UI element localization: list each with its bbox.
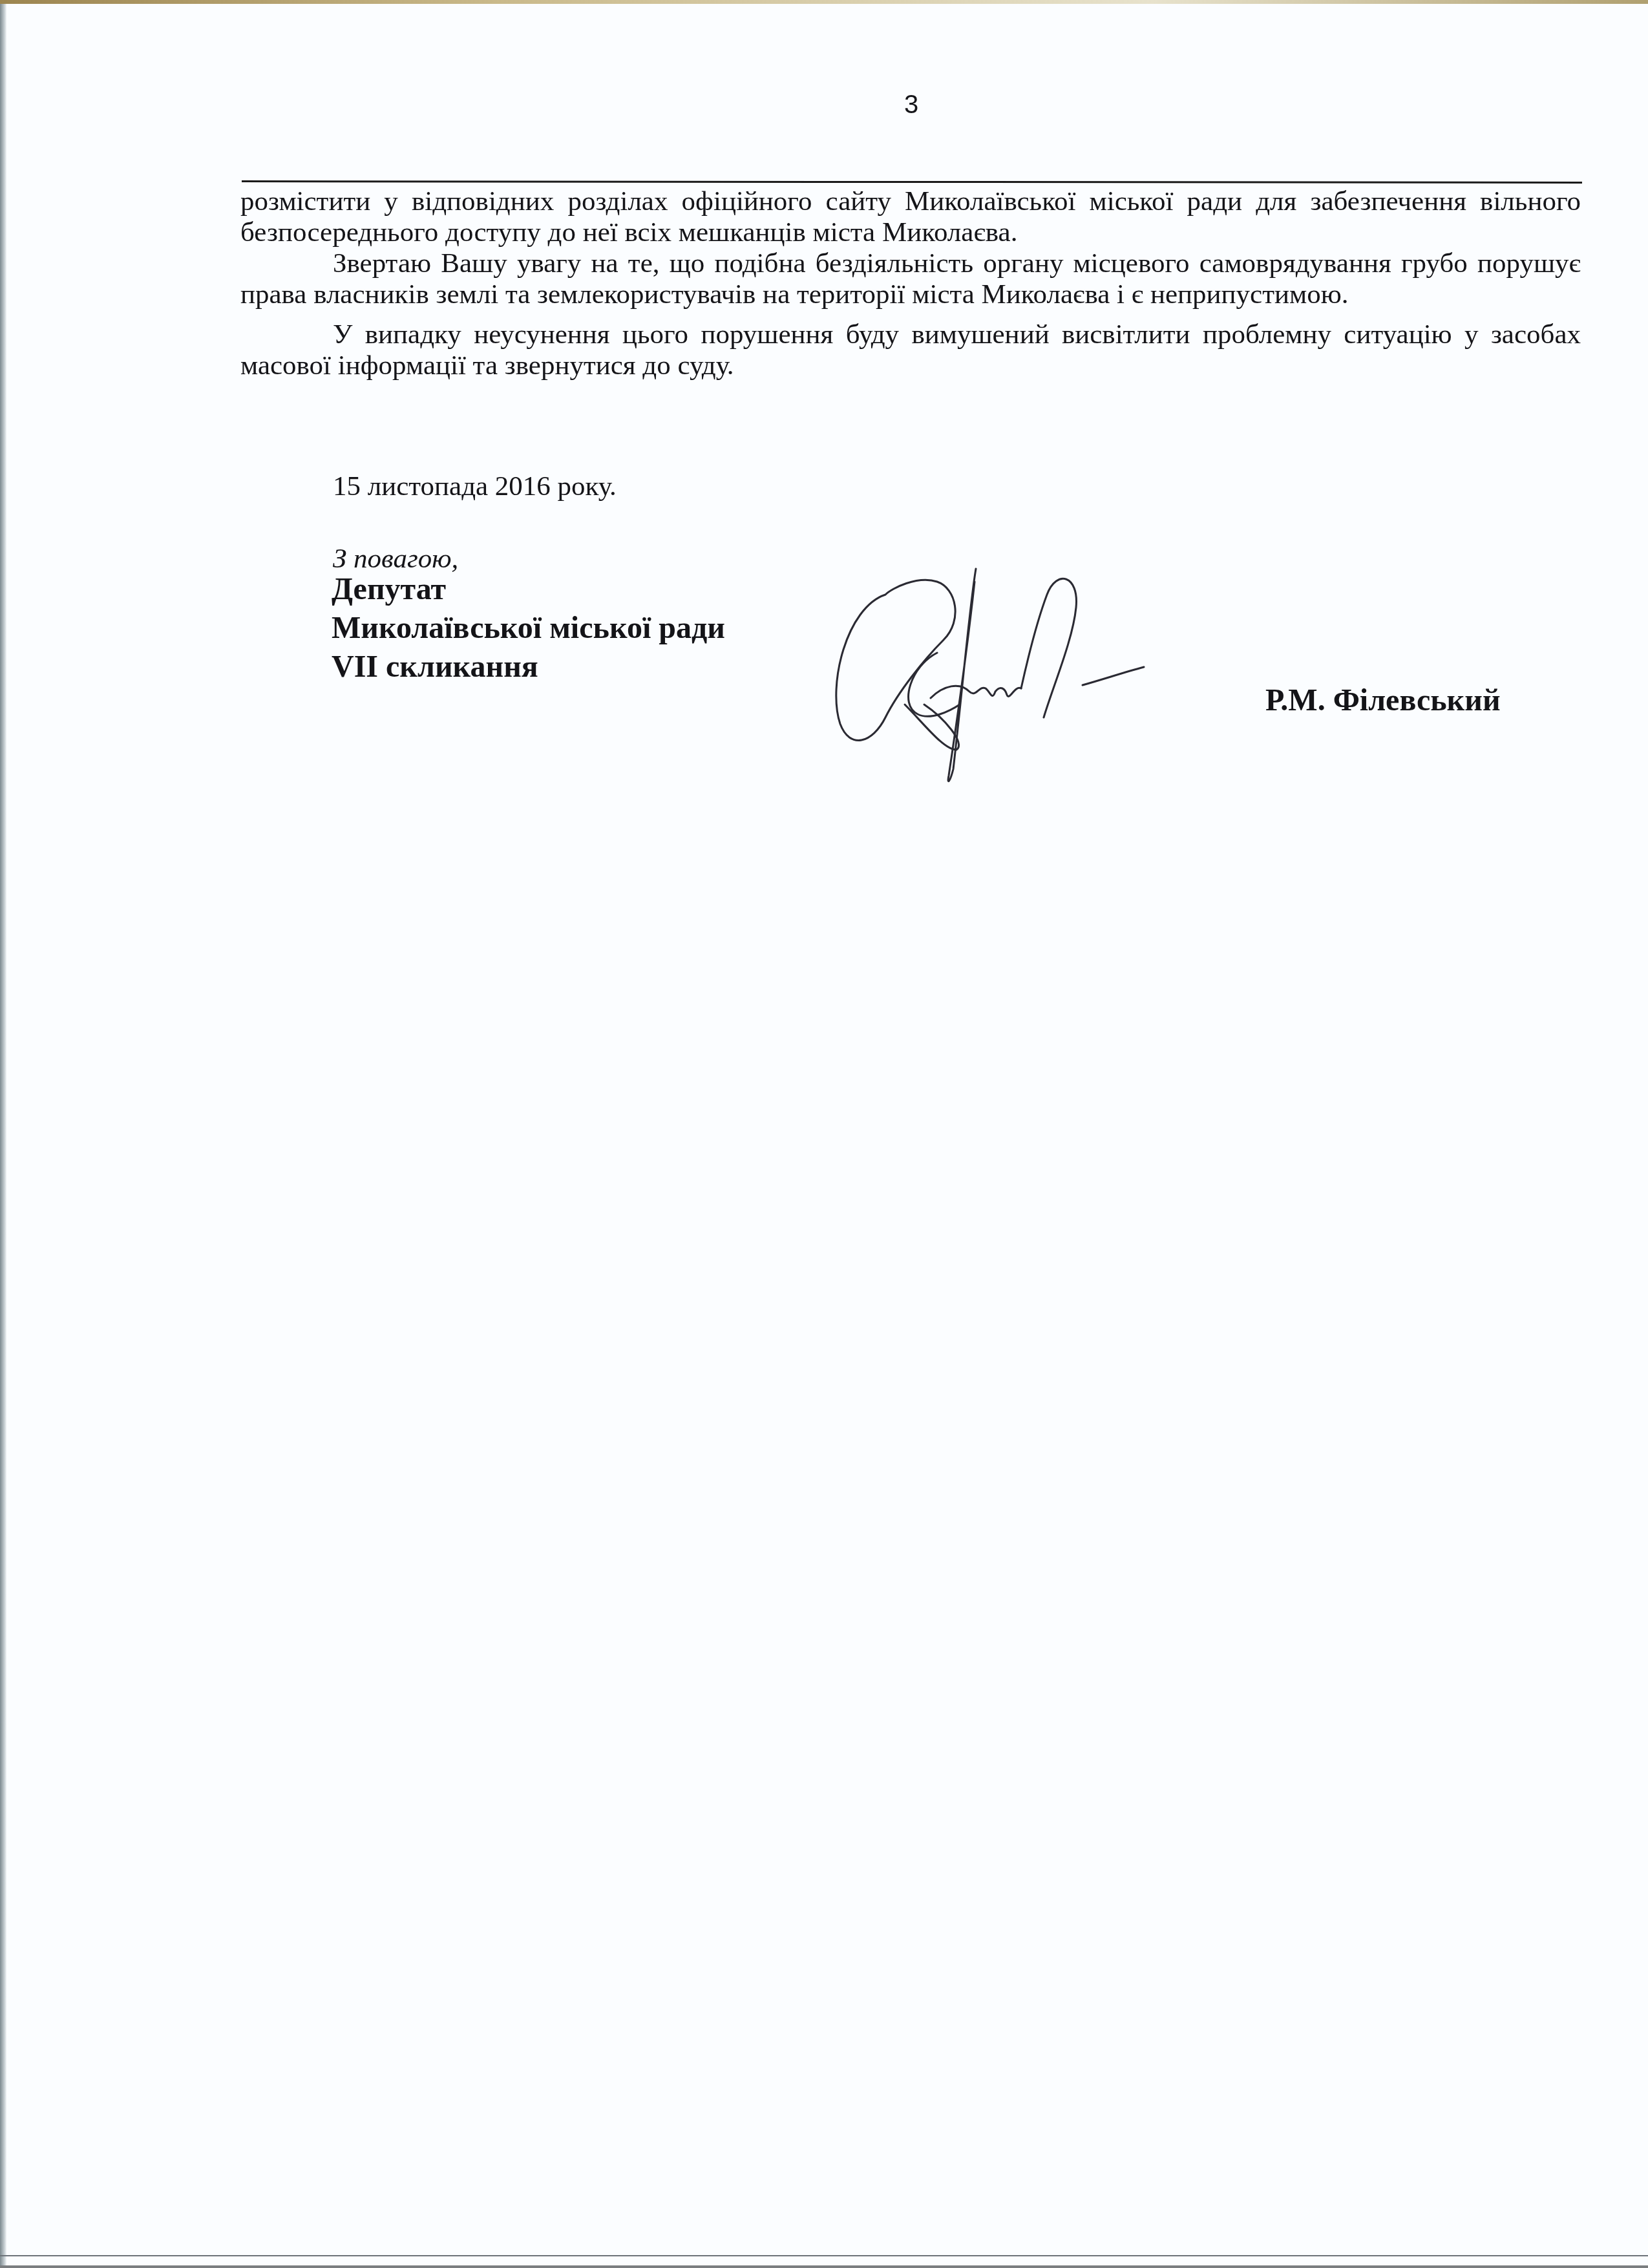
paragraph-warning: У випадку неусунення цього порушення буд… bbox=[240, 319, 1581, 381]
signatory-title-line: VII скликання bbox=[332, 648, 725, 686]
paragraph-violation-notice: Звертаю Вашу увагу на те, що подібна без… bbox=[240, 248, 1581, 310]
header-divider bbox=[242, 180, 1582, 184]
scan-edge-top bbox=[0, 0, 1648, 4]
signer-name: Р.М. Філевський bbox=[1265, 683, 1501, 718]
paragraph-continuation: розмістити у відповідних розділах офіцій… bbox=[240, 186, 1581, 248]
signatory-title-line: Депутат bbox=[332, 570, 725, 609]
scan-edge-left bbox=[0, 4, 6, 2268]
page-number: 3 bbox=[0, 90, 1648, 120]
signatory-title: Депутат Миколаївської міської ради VII с… bbox=[332, 570, 725, 686]
scan-edge-bottom bbox=[0, 2252, 1648, 2268]
letter-date: 15 листопада 2016 року. bbox=[333, 471, 617, 502]
handwritten-signature-icon bbox=[821, 556, 1221, 789]
signatory-title-line: Миколаївської міської ради bbox=[332, 609, 725, 648]
letter-body: розмістити у відповідних розділах офіцій… bbox=[240, 186, 1581, 381]
